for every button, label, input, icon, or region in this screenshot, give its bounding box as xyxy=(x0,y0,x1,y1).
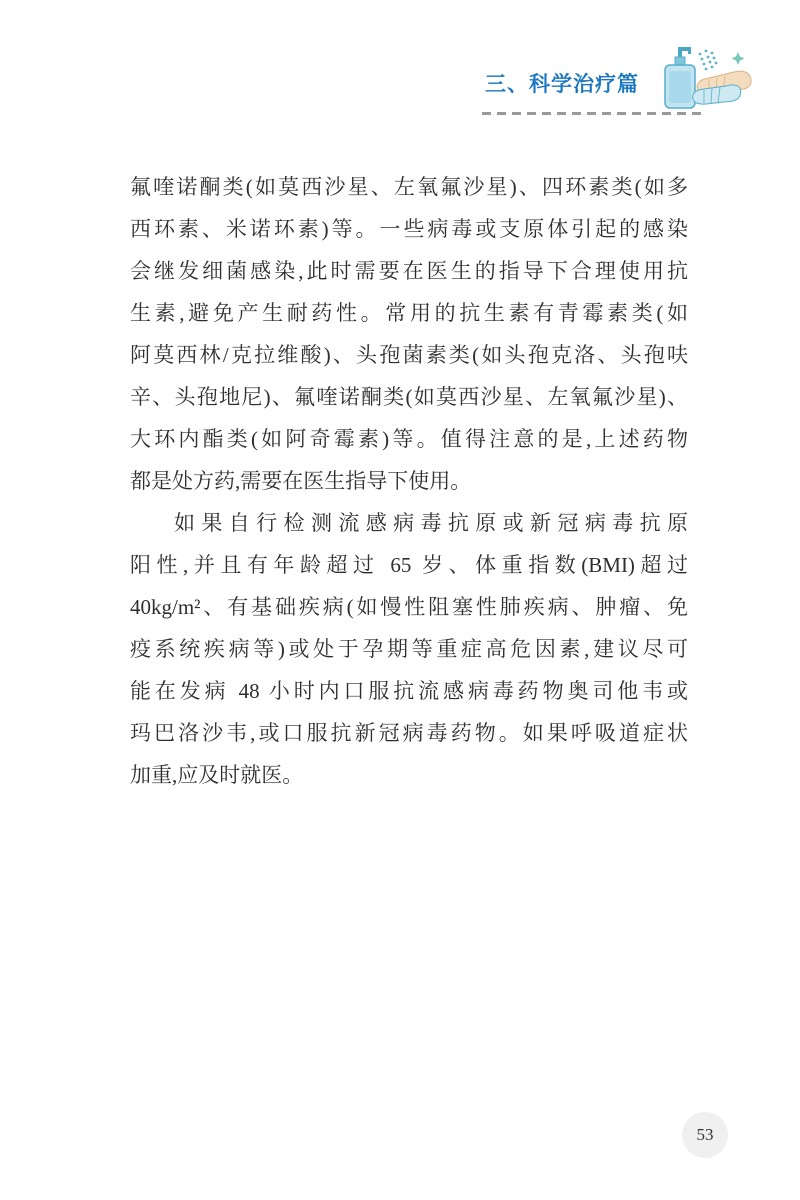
text-line: 都是处方药,需要在医生指导下使用。 xyxy=(130,460,688,502)
text-line: 会继发细菌感染,此时需要在医生的指导下合理使用抗 xyxy=(130,250,688,292)
text-line: 大环内酯类(如阿奇霉素)等。值得注意的是,上述药物 xyxy=(130,418,688,460)
text-line: 阿莫西林/克拉维酸)、头孢菌素类(如头孢克洛、头孢呋 xyxy=(130,334,688,376)
paragraph-antibiotics: 氟喹诺酮类(如莫西沙星、左氧氟沙星)、四环素类(如多西环素、米诺环素)等。一些病… xyxy=(130,166,688,502)
text-line: 辛、头孢地尼)、氟喹诺酮类(如莫西沙星、左氧氟沙星)、 xyxy=(130,376,688,418)
text-line: 如果自行检测流感病毒抗原或新冠病毒抗原 xyxy=(130,502,688,544)
text-line: 生素,避免产生耐药性。常用的抗生素有青霉素类(如 xyxy=(130,292,688,334)
text-line: 加重,应及时就医。 xyxy=(130,754,688,796)
page-number-badge: 53 xyxy=(682,1112,728,1158)
page-number: 53 xyxy=(697,1125,714,1145)
hand-sanitizer-icon xyxy=(660,42,760,112)
body-text: 氟喹诺酮类(如莫西沙星、左氧氟沙星)、四环素类(如多西环素、米诺环素)等。一些病… xyxy=(130,166,688,796)
header-dashed-divider xyxy=(482,112,706,115)
text-line: 能在发病 48 小时内口服抗流感病毒药物奥司他韦或 xyxy=(130,670,688,712)
paragraph-antiviral-advice: 如果自行检测流感病毒抗原或新冠病毒抗原阳性,并且有年龄超过 65 岁、体重指数(… xyxy=(130,502,688,796)
text-line: 疫系统疾病等)或处于孕期等重症高危因素,建议尽可 xyxy=(130,628,688,670)
text-line: 西环素、米诺环素)等。一些病毒或支原体引起的感染 xyxy=(130,208,688,250)
book-page: 三、科学治疗篇 xyxy=(0,0,800,1200)
text-line: 阳性,并且有年龄超过 65 岁、体重指数(BMI)超过 xyxy=(130,544,688,586)
section-title: 三、科学治疗篇 xyxy=(485,68,639,98)
text-line: 氟喹诺酮类(如莫西沙星、左氧氟沙星)、四环素类(如多 xyxy=(130,166,688,208)
text-line: 40kg/m²、有基础疾病(如慢性阻塞性肺疾病、肿瘤、免 xyxy=(130,586,688,628)
text-line: 玛巴洛沙韦,或口服抗新冠病毒药物。如果呼吸道症状 xyxy=(130,712,688,754)
